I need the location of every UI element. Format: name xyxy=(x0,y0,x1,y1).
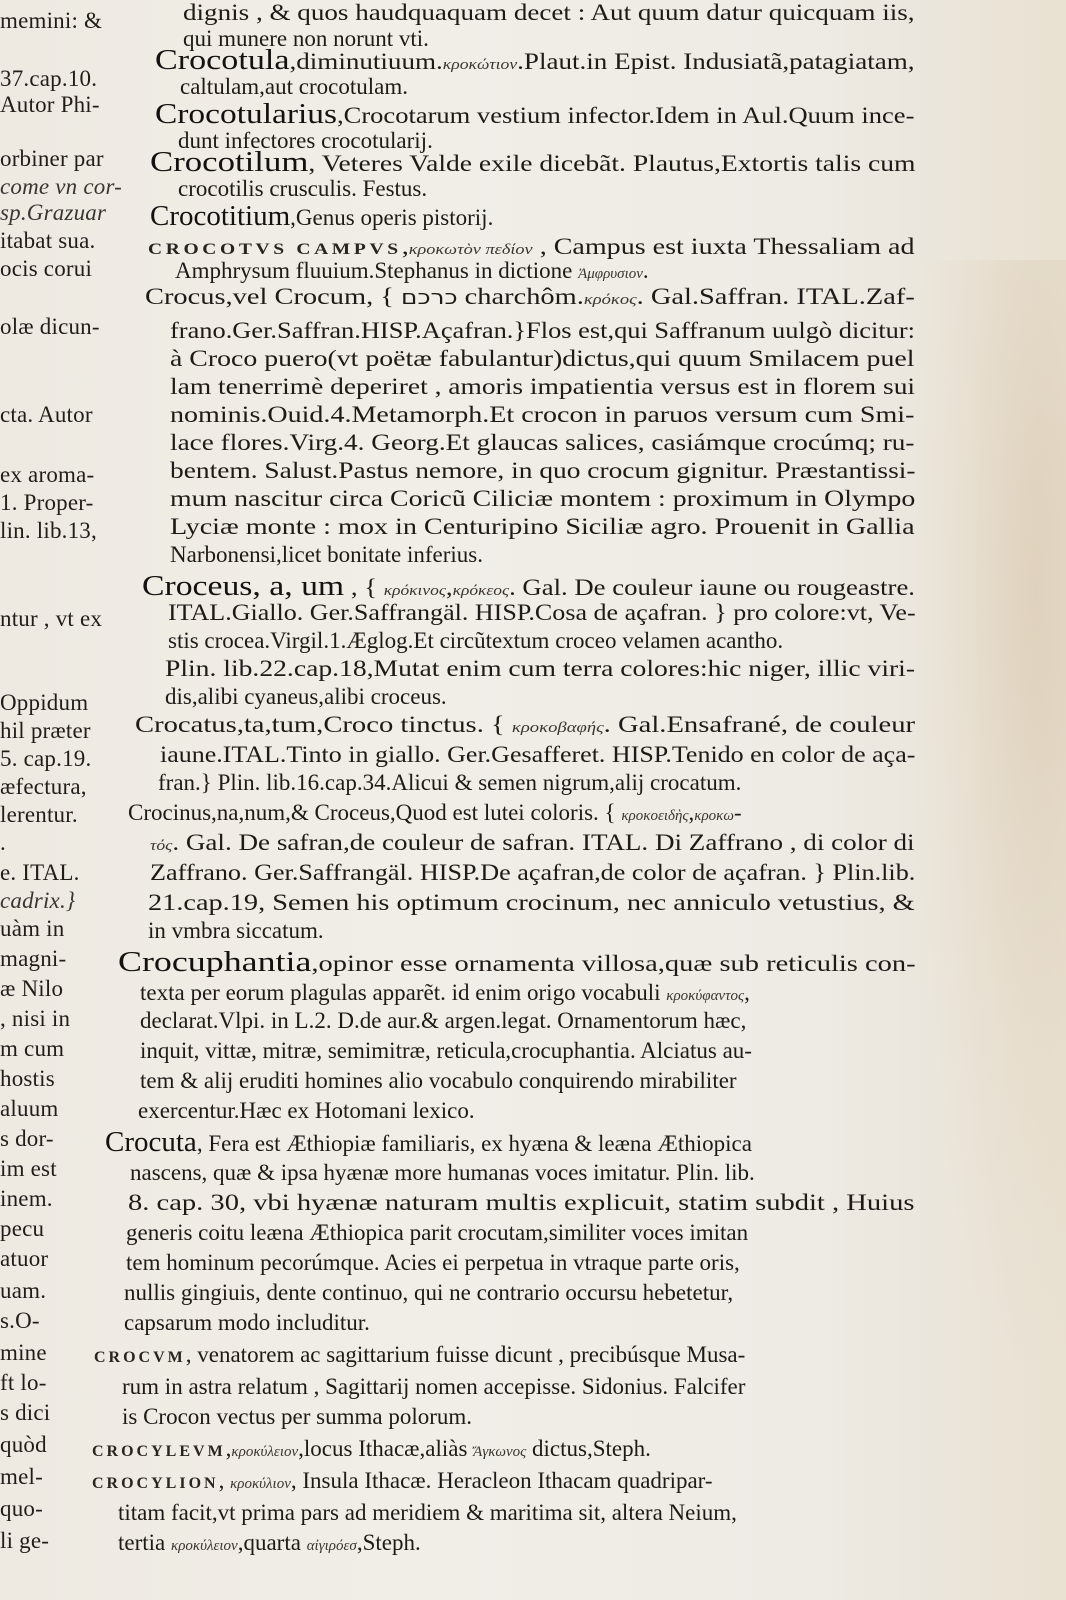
entry-continuation-line: tem & alij eruditi homines alio vocabulo… xyxy=(140,1068,737,1094)
entry-text: lace flores.Virg.4. Georg.Et glaucas sal… xyxy=(170,430,914,455)
greek-gloss: κροκώτιον xyxy=(443,57,517,73)
entry-text: tem hominum pecorúmque. Acies ei perpetu… xyxy=(126,1250,740,1275)
entry-text: texta per eorum plagulas apparẽt. id eni… xyxy=(140,980,666,1005)
entry-continuation-line: exercentur.Hæc ex Hotomani lexico. xyxy=(138,1098,475,1124)
entry-text: nullis gingiuis, dente continuo, qui ne … xyxy=(124,1280,733,1305)
entry-text: , xyxy=(744,980,750,1005)
greek-gloss: Ἀμφρυσιον xyxy=(578,266,643,282)
greek-gloss: κροκοειδὴς xyxy=(621,808,688,824)
entry-text: ,locus Ithacæ,aliàs xyxy=(298,1436,473,1461)
entry-text: ,quarta xyxy=(238,1530,307,1555)
entry-text: nascens, quæ & ipsa hyænæ more humanas v… xyxy=(130,1160,755,1185)
greek-gloss: κροκω xyxy=(694,808,734,824)
entry-text: in vmbra siccatum. xyxy=(148,918,324,943)
entry-text: stis crocea.Virgil.1.Æglog.Et circũtextu… xyxy=(168,628,783,653)
entry-continuation-line: Amphrysum fluuium.Stephanus in dictione … xyxy=(175,258,649,284)
entry-text: charchôm. xyxy=(458,284,584,309)
headword: Croceus, a, um xyxy=(142,570,344,602)
entry-continuation-line: 8. cap. 30, vbi hyænæ naturam multis exp… xyxy=(128,1190,914,1216)
entry-continuation-line: Narbonensi,licet bonitate inferius. xyxy=(170,542,483,568)
entry-continuation-line: Zaffrano. Ger.Saffrangäl. HISP.De açafra… xyxy=(150,860,915,886)
entry-continuation-line: nascens, quæ & ipsa hyænæ more humanas v… xyxy=(130,1160,755,1186)
entry-text: , Veteres Valde exile dicebãt. Plautus,E… xyxy=(308,151,915,176)
entry-continuation-line: tem hominum pecorúmque. Acies ei perpetu… xyxy=(126,1250,740,1276)
entry-first-line: dignis , & quos haudquaquam decet : Aut … xyxy=(183,0,915,26)
entry-text: inquit, vittæ, mitræ, semimitræ, reticul… xyxy=(140,1038,752,1063)
entry-text: ,Genus operis pistorij. xyxy=(290,205,493,230)
greek-gloss: τός xyxy=(150,838,172,854)
entry-first-line: Crocotitium,Genus operis pistorij. xyxy=(150,200,493,233)
greek-gloss: κροκύλειον xyxy=(171,1538,238,1554)
entry-text: , venatorem ac sagittarium fuisse dicunt… xyxy=(186,1342,746,1367)
main-entry-column: dignis , & quos haudquaquam decet : Aut … xyxy=(0,0,1066,1600)
entry-text: generis coitu leæna Æthiopica parit croc… xyxy=(126,1220,748,1245)
entry-continuation-line: nominis.Ouid.4.Metamorph.Et crocon in pa… xyxy=(170,402,914,428)
entry-text: Crocinus,na,num,& Croceus,Quod est lutei… xyxy=(128,800,621,825)
entry-text: Amphrysum fluuium.Stephanus in dictione xyxy=(175,258,578,283)
entry-text: Lyciæ monte : mox in Centuripino Siciliæ… xyxy=(170,514,915,539)
entry-text: dis,alibi cyaneus,alibi croceus. xyxy=(165,684,447,709)
entry-text: , Fera est Æthiopiæ familiaris, ex hyæna… xyxy=(197,1131,752,1156)
headword: CROCYLEVM xyxy=(92,1443,226,1460)
entry-continuation-line: 21.cap.19, Semen his optimum crocinum, n… xyxy=(148,890,915,916)
entry-continuation-line: titam facit,vt prima pars ad meridiem & … xyxy=(118,1500,737,1526)
entry-text: , xyxy=(402,234,409,259)
entry-continuation-line: lace flores.Virg.4. Georg.Et glaucas sal… xyxy=(170,430,914,456)
entry-text: is Crocon vectus per summa polorum. xyxy=(122,1404,472,1429)
greek-gloss: κροκωτὸν πεδίον xyxy=(409,242,533,258)
headword: Crocotula xyxy=(155,44,289,76)
entry-continuation-line: declarat.Vlpi. in L.2. D.de aur.& argen.… xyxy=(140,1008,746,1034)
dictionary-page: memini: &37.cap.10.Autor Phi-orbiner par… xyxy=(0,0,1066,1600)
entry-text: tem & alij eruditi homines alio vocabulo… xyxy=(140,1068,737,1093)
entry-continuation-line: Lyciæ monte : mox in Centuripino Siciliæ… xyxy=(170,514,915,540)
entry-first-line: Crocotularius,Crocotarum vestium infecto… xyxy=(155,98,914,131)
entry-text: , Campus est iuxta Thessaliam ad xyxy=(533,234,915,259)
entry-continuation-line: τός. Gal. De safran,de couleur de safran… xyxy=(150,830,915,856)
headword: CROCOTVS CAMPVS xyxy=(148,241,402,258)
entry-text: - xyxy=(734,800,742,825)
entry-text: ITAL.Giallo. Ger.Saffrangäl. HISP.Cosa d… xyxy=(168,600,916,625)
entry-text: capsarum modo includitur. xyxy=(124,1310,370,1335)
entry-continuation-line: à Croco puero(vt poëtæ fabulantur)dictus… xyxy=(170,346,914,372)
entry-first-line: Crocotilum, Veteres Valde exile dicebãt.… xyxy=(150,146,915,179)
entry-continuation-line: frano.Ger.Saffran.HISP.Açafran.}Flos est… xyxy=(170,318,915,344)
entry-continuation-line: ITAL.Giallo. Ger.Saffrangäl. HISP.Cosa d… xyxy=(168,600,916,626)
entry-continuation-line: stis crocea.Virgil.1.Æglog.Et circũtextu… xyxy=(168,628,783,654)
entry-text: ,opinor esse ornamenta villosa,quæ sub r… xyxy=(311,951,915,976)
entry-continuation-line: texta per eorum plagulas apparẽt. id eni… xyxy=(140,980,750,1006)
entry-continuation-line: Plin. lib.22.cap.18,Mutat enim cum terra… xyxy=(165,656,915,682)
entry-first-line: CROCVM, venatorem ac sagittarium fuisse … xyxy=(94,1342,745,1368)
entry-first-line: Crocus,vel Crocum, { כרכם charchôm.κρόκο… xyxy=(145,284,915,310)
entry-text: .Plaut.in Epist. Indusiatã,patagiatam, xyxy=(517,49,914,74)
entry-continuation-line: capsarum modo includitur. xyxy=(124,1310,370,1336)
entry-text: , Insula Ithacæ. Heracleon Ithacam quadr… xyxy=(291,1468,713,1493)
entry-text: declarat.Vlpi. in L.2. D.de aur.& argen.… xyxy=(140,1008,746,1033)
entry-text: crocotilis crusculis. Festus. xyxy=(178,176,427,201)
entry-text: . xyxy=(643,258,649,283)
headword: CROCYLION xyxy=(92,1475,219,1492)
entry-text: titam facit,vt prima pars ad meridiem & … xyxy=(118,1500,737,1525)
entry-continuation-line: iaune.ITAL.Tinto in giallo. Ger.Gesaffer… xyxy=(160,742,915,768)
entry-text: ,Crocotarum vestium infector.Idem in Aul… xyxy=(337,103,914,128)
greek-gloss: κροκύφαντος xyxy=(666,988,744,1004)
entry-text: 8. cap. 30, vbi hyænæ naturam multis exp… xyxy=(128,1190,914,1215)
entry-first-line: Crocinus,na,num,& Croceus,Quod est lutei… xyxy=(128,800,742,826)
headword: Crocotularius xyxy=(155,98,337,130)
entry-text: nominis.Ouid.4.Metamorph.Et crocon in pa… xyxy=(170,402,914,427)
entry-text: fran.} Plin. lib.16.cap.34.Alicui & seme… xyxy=(158,770,741,795)
entry-continuation-line: mum nascitur circa Coricũ Ciliciæ montem… xyxy=(170,486,915,512)
entry-continuation-line: caltulam,aut crocotulam. xyxy=(180,74,408,100)
entry-first-line: Croceus, a, um , { κρόκινος,κρόκεος. Gal… xyxy=(142,570,915,603)
entry-text: . Gal. De safran,de couleur de safran. I… xyxy=(172,830,914,855)
entry-first-line: Crocotula,diminutiuum.κροκώτιον.Plaut.in… xyxy=(155,44,915,77)
entry-text: Crocus,vel Crocum, { xyxy=(145,284,401,309)
entry-first-line: CROCOTVS CAMPVS,κροκωτὸν πεδίον , Campus… xyxy=(148,234,915,260)
entry-continuation-line: rum in astra relatum , Sagittarij nomen … xyxy=(122,1374,745,1400)
entry-text: ,Steph. xyxy=(357,1530,421,1555)
entry-text: Plin. lib.22.cap.18,Mutat enim cum terra… xyxy=(165,656,915,681)
greek-gloss: κροκοβαφής xyxy=(512,720,604,736)
greek-gloss: κροκύλιον xyxy=(230,1476,291,1492)
entry-continuation-line: crocotilis crusculis. Festus. xyxy=(178,176,427,202)
entry-text: dictus,Steph. xyxy=(526,1436,651,1461)
entry-text: , { xyxy=(344,575,384,600)
entry-continuation-line: tertia κροκύλειον,quarta αἰγιρόεσ,Steph. xyxy=(118,1530,421,1556)
entry-text: Zaffrano. Ger.Saffrangäl. HISP.De açafra… xyxy=(150,860,915,885)
entry-continuation-line: dis,alibi cyaneus,alibi croceus. xyxy=(165,684,447,710)
headword: Crocotilum xyxy=(150,146,308,178)
entry-text: bentem. Salust.Pastus nemore, in quo cro… xyxy=(170,458,916,483)
greek-gloss: αἰγιρόεσ xyxy=(307,1538,357,1554)
entry-text: exercentur.Hæc ex Hotomani lexico. xyxy=(138,1098,475,1123)
entry-text: tertia xyxy=(118,1530,171,1555)
entry-continuation-line: bentem. Salust.Pastus nemore, in quo cro… xyxy=(170,458,916,484)
entry-continuation-line: is Crocon vectus per summa polorum. xyxy=(122,1404,472,1430)
entry-text: Crocatus,ta,tum,Croco tinctus. { xyxy=(135,712,512,737)
entry-continuation-line: nullis gingiuis, dente continuo, qui ne … xyxy=(124,1280,733,1306)
entry-first-line: Crocuphantia,opinor esse ornamenta villo… xyxy=(118,946,916,979)
entry-text: ,diminutiuum. xyxy=(289,49,442,74)
hebrew-gloss: כרכם xyxy=(401,285,458,309)
entry-continuation-line: in vmbra siccatum. xyxy=(148,918,324,944)
entry-continuation-line: lam tenerrimè deperiret , amoris impatie… xyxy=(170,374,915,400)
greek-gloss: κροκύλειον xyxy=(231,1444,298,1460)
greek-gloss: Ἄγκωνος xyxy=(473,1444,526,1460)
entry-text: . Gal.Ensafrané, de couleur xyxy=(604,712,915,737)
entry-text: dignis , & quos haudquaquam decet : Aut … xyxy=(183,0,915,25)
entry-text: iaune.ITAL.Tinto in giallo. Ger.Gesaffer… xyxy=(160,742,915,767)
entry-text: rum in astra relatum , Sagittarij nomen … xyxy=(122,1374,745,1399)
entry-text: lam tenerrimè deperiret , amoris impatie… xyxy=(170,374,915,399)
headword: Crocotitium xyxy=(150,200,290,232)
entry-text: mum nascitur circa Coricũ Ciliciæ montem… xyxy=(170,486,915,511)
entry-text: Narbonensi,licet bonitate inferius. xyxy=(170,542,483,567)
entry-first-line: CROCYLION, κροκύλιον, Insula Ithacæ. Her… xyxy=(92,1468,713,1494)
greek-gloss: κρόκος xyxy=(584,292,637,308)
entry-continuation-line: fran.} Plin. lib.16.cap.34.Alicui & seme… xyxy=(158,770,741,796)
entry-first-line: Crocatus,ta,tum,Croco tinctus. { κροκοβα… xyxy=(135,712,915,738)
entry-first-line: Crocuta, Fera est Æthiopiæ familiaris, e… xyxy=(105,1126,752,1159)
entry-first-line: CROCYLEVM,κροκύλειον,locus Ithacæ,aliàs … xyxy=(92,1436,651,1462)
entry-text: , xyxy=(219,1468,231,1493)
headword: Crocuta xyxy=(105,1126,197,1158)
greek-gloss: κρόκινος xyxy=(384,583,446,599)
headword: Crocuphantia xyxy=(118,946,311,978)
entry-continuation-line: inquit, vittæ, mitræ, semimitræ, reticul… xyxy=(140,1038,752,1064)
entry-text: frano.Ger.Saffran.HISP.Açafran.}Flos est… xyxy=(170,318,915,343)
greek-gloss: κρόκεος xyxy=(453,583,509,599)
entry-text: caltulam,aut crocotulam. xyxy=(180,74,408,99)
entry-text: 21.cap.19, Semen his optimum crocinum, n… xyxy=(148,890,915,915)
entry-text: à Croco puero(vt poëtæ fabulantur)dictus… xyxy=(170,346,914,371)
entry-text: . Gal. De couleur iaune ou rougeastre. xyxy=(509,575,915,600)
headword: CROCVM xyxy=(94,1349,186,1366)
entry-text: . Gal.Saffran. ITAL.Zaf- xyxy=(637,284,915,309)
entry-continuation-line: generis coitu leæna Æthiopica parit croc… xyxy=(126,1220,748,1246)
